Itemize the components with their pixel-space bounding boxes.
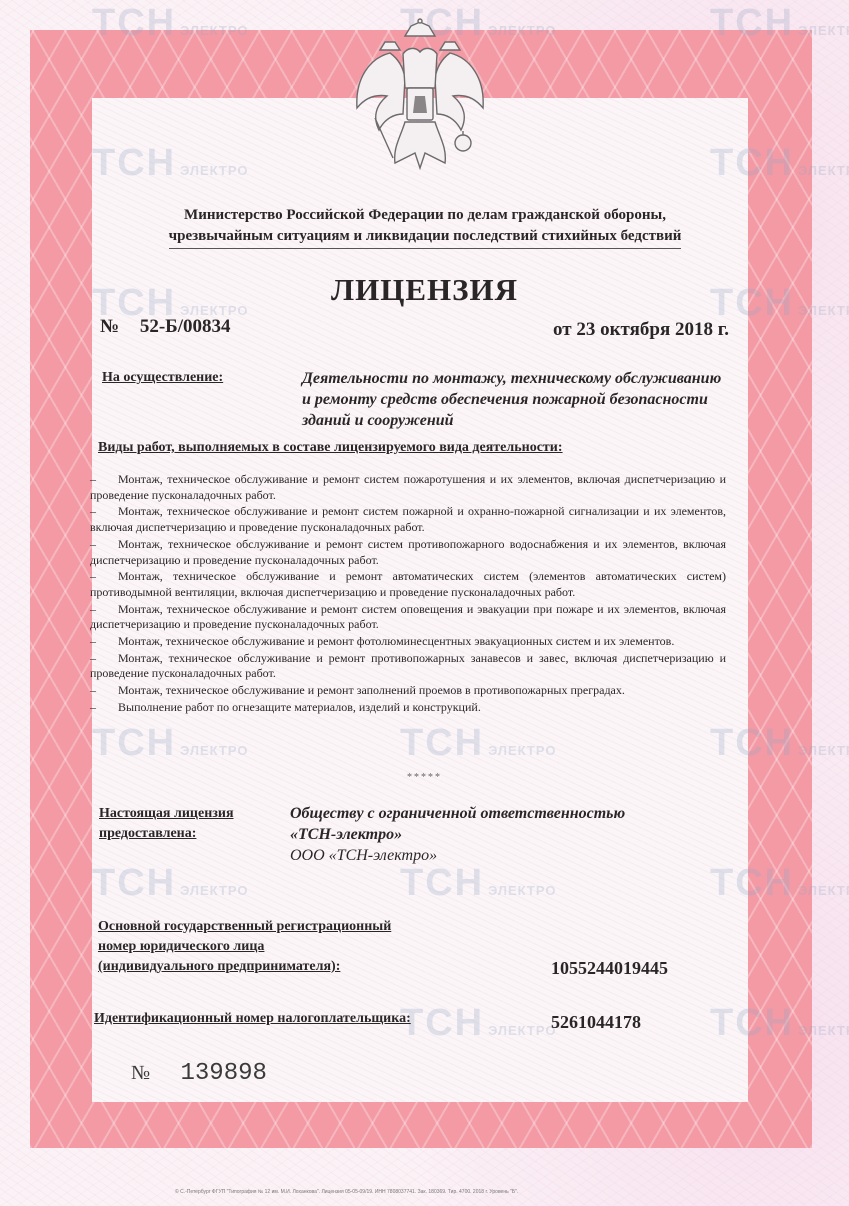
document-title: ЛИЦЕНЗИЯ [0, 272, 849, 308]
granted-label-line-2: предоставлена: [99, 824, 234, 844]
works-list-item: Монтаж, техническое обслуживание и ремон… [90, 634, 726, 650]
works-list-item: Монтаж, техническое обслуживание и ремон… [90, 651, 726, 682]
ministry-heading: Министерство Российской Федерации по дел… [100, 205, 750, 249]
licensee-short-name: ООО «ТСН-электро» [290, 845, 625, 866]
number-sign: № [100, 316, 119, 337]
activity-text: Деятельности по монтажу, техническому об… [302, 368, 732, 431]
inn-label: Идентификационный номер налогоплательщик… [94, 1011, 411, 1027]
serial-number-sign: № [131, 1062, 150, 1084]
license-number: № 52-Б/00834 [100, 316, 231, 338]
licensee-full-name-line-2: «ТСН-электро» [290, 824, 625, 845]
ogrn-label-line-3: (индивидуального предпринимателя): [98, 957, 391, 977]
ministry-line-2: чрезвычайным ситуациям и ликвидации посл… [169, 226, 682, 249]
works-list-item: Монтаж, техническое обслуживание и ремон… [90, 683, 726, 699]
ogrn-label-line-2: номер юридического лица [98, 937, 391, 957]
works-list-item: Монтаж, техническое обслуживание и ремон… [90, 602, 726, 633]
granted-label: Настоящая лицензия предоставлена: [99, 804, 234, 844]
works-list: Монтаж, техническое обслуживание и ремон… [90, 472, 726, 717]
inn-value: 5261044178 [551, 1012, 641, 1033]
ministry-line-1: Министерство Российской Федерации по дел… [100, 205, 750, 226]
ogrn-label-line-1: Основной государственный регистрационный [98, 917, 391, 937]
works-list-item: Монтаж, техническое обслуживание и ремон… [90, 537, 726, 568]
ogrn-value: 1055244019445 [551, 958, 668, 979]
license-date: от 23 октября 2018 г. [553, 319, 729, 341]
coat-of-arms-icon [345, 18, 495, 173]
serial-number-value: 139898 [181, 1060, 267, 1087]
printer-imprint: © С.-Петербург ФГУП "Типография № 12 им.… [175, 1189, 675, 1195]
license-number-value: 52-Б/00834 [140, 316, 231, 337]
licensee-full-name-line-1: Обществу с ограниченной ответственностью [290, 803, 625, 824]
works-title: Виды работ, выполняемых в составе лиценз… [98, 440, 563, 456]
form-serial-number: № 139898 [131, 1060, 267, 1087]
works-list-item: Монтаж, техническое обслуживание и ремон… [90, 504, 726, 535]
works-list-item: Монтаж, техническое обслуживание и ремон… [90, 472, 726, 503]
ogrn-label: Основной государственный регистрационный… [98, 917, 391, 977]
section-separator: ***** [0, 772, 849, 783]
works-list-item: Монтаж, техническое обслуживание и ремон… [90, 569, 726, 600]
works-list-item: Выполнение работ по огнезащите материало… [90, 700, 726, 716]
granted-label-line-1: Настоящая лицензия [99, 804, 234, 824]
licensee-name: Обществу с ограниченной ответственностью… [290, 803, 625, 866]
activity-label: На осуществление: [102, 370, 223, 386]
